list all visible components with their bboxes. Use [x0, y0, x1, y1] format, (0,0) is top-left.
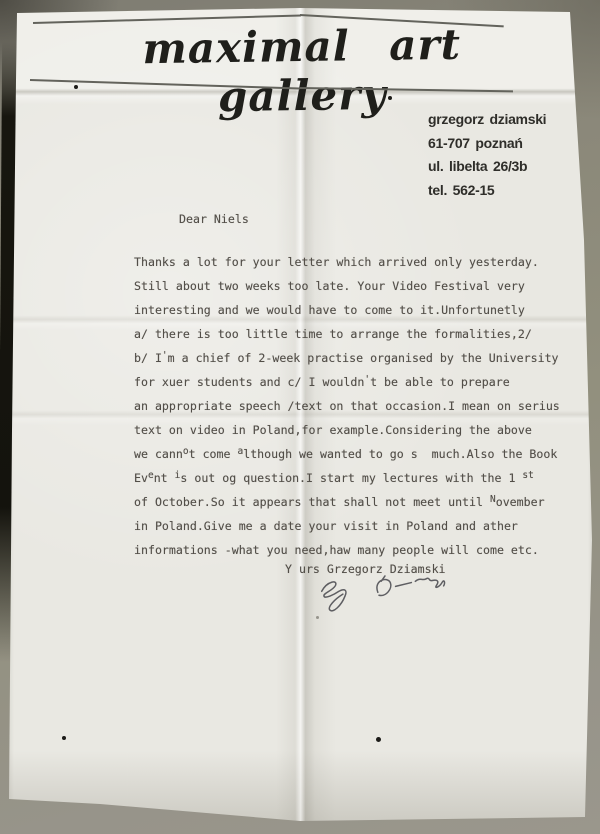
body-line-8: text on video in Poland,for example.Cons…	[134, 418, 560, 442]
ink-speck-faint	[316, 616, 319, 619]
body-line-4: a/ there is too little time to arrange t…	[134, 322, 560, 346]
body-line-13: informations -what you need,haw many peo…	[134, 538, 560, 562]
sender-phone: tel. 562-15	[428, 179, 546, 203]
body-line-10: Event is out og question.I start my lect…	[134, 466, 560, 490]
letter-body: Thanks a lot for your letter which arriv…	[134, 250, 560, 562]
salutation: Dear Niels	[179, 212, 249, 226]
letter-paper: maximal art gallery grzegorz dziamski 61…	[0, 0, 600, 834]
photo-of-letter: { "letterhead": { "title": "maximal art …	[0, 0, 600, 834]
body-line-3: interesting and we would have to come to…	[134, 298, 560, 322]
body-line-2: Still about two weeks too late. Your Vid…	[134, 274, 560, 298]
sender-city: 61-707 poznań	[428, 132, 546, 156]
body-line-5: b/ I'm a chief of 2-week practise organi…	[134, 346, 560, 370]
body-line-6: for xuer students and c/ I wouldn't be a…	[134, 370, 560, 394]
sender-street: ul. libelta 26/3b	[428, 155, 546, 179]
body-line-7: an appropriate speech /text on that occa…	[134, 394, 560, 418]
ink-speck-2	[388, 96, 392, 100]
body-line-12: in Poland.Give me a date your visit in P…	[134, 514, 560, 538]
sender-address-block: grzegorz dziamski 61-707 poznań ul. libe…	[428, 108, 546, 202]
sender-name: grzegorz dziamski	[428, 108, 546, 132]
body-line-1: Thanks a lot for your letter which arriv…	[134, 250, 560, 274]
body-line-9: we cannot come although we wanted to go …	[134, 442, 560, 466]
body-line-11: of October.So it appears that shall not …	[134, 490, 560, 514]
ink-speck-3	[62, 736, 66, 740]
ink-speck-4	[376, 737, 381, 742]
signature-scribble	[311, 570, 458, 620]
ink-speck-1	[74, 85, 78, 89]
